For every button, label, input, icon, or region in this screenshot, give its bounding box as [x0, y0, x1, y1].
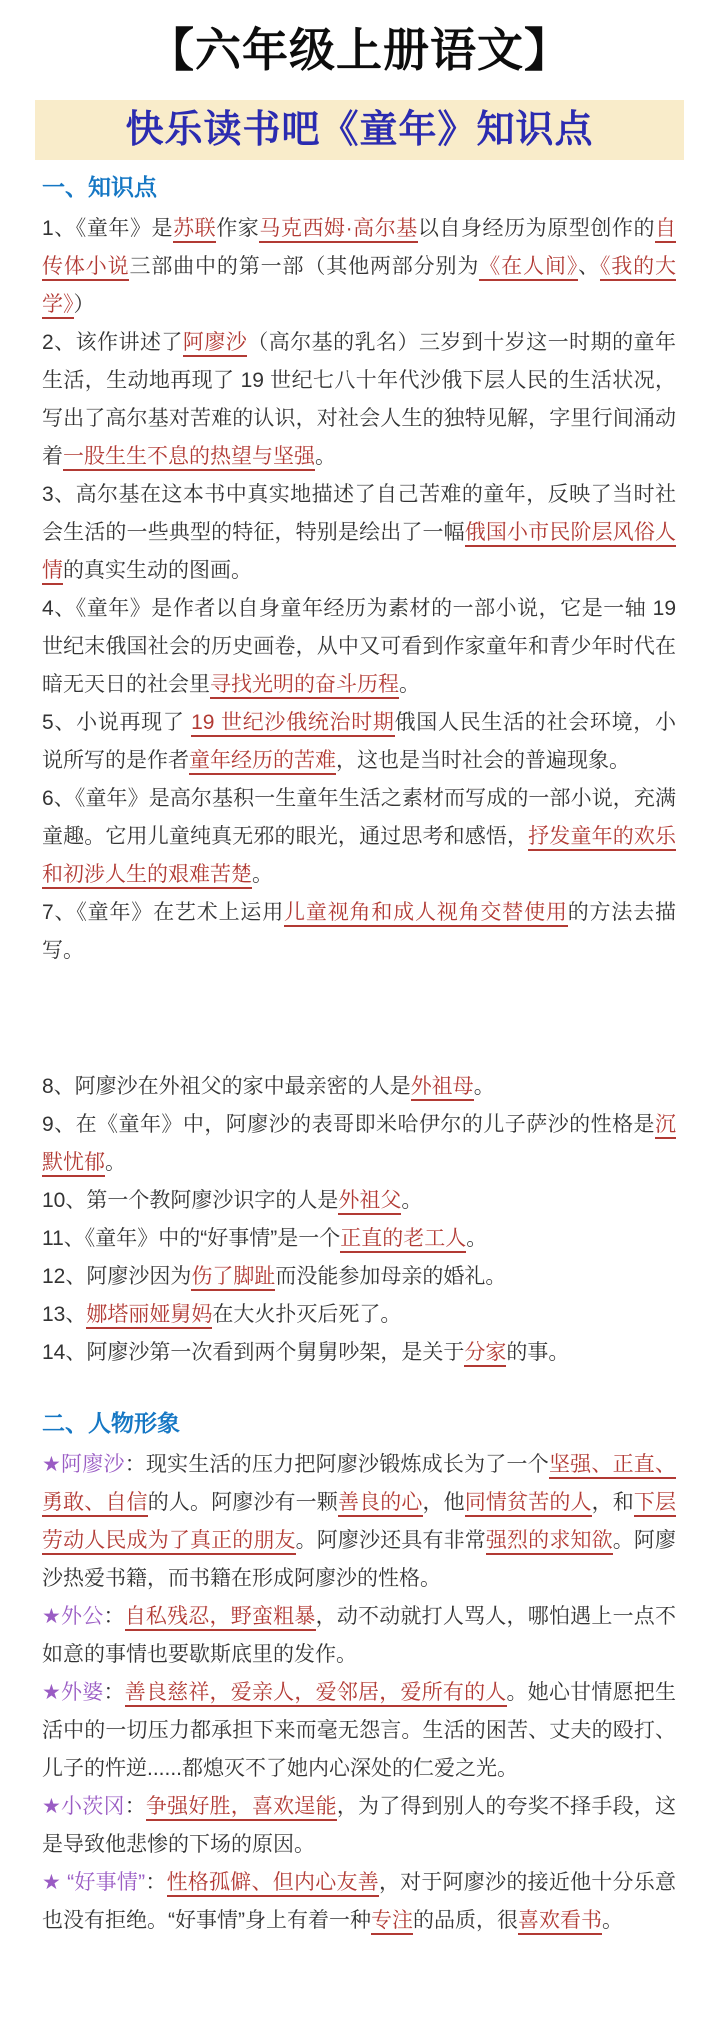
- content: 一、知识点1、《童年》是苏联作家马克西姆·高尔基以自身经历为原型创作的自传体小说…: [0, 172, 719, 1980]
- highlight-text: 伤了脚趾: [191, 1265, 275, 1291]
- text-segment: 三部曲中的第一部（其他两部分别为: [129, 255, 479, 278]
- text-segment: ，这也是当时社会的普遍现象。: [336, 749, 630, 772]
- list-item: 12、阿廖沙因为伤了脚趾而没能参加母亲的婚礼。: [42, 1258, 676, 1296]
- highlight-text: 自私残忍，野蛮粗暴: [125, 1605, 316, 1631]
- list-item: 2、该作讲述了阿廖沙（高尔基的乳名）三岁到十岁这一时期的童年生活，生动地再现了 …: [42, 324, 676, 476]
- highlight-text: 一股生生不息的热望与坚强: [63, 445, 315, 471]
- highlight-text: 强烈的求知欲: [486, 1529, 613, 1555]
- text-segment: ）: [74, 293, 95, 316]
- highlight-text: 马克西姆·高尔基: [259, 217, 417, 243]
- highlight-text: 善良的心: [338, 1491, 423, 1517]
- highlight-text: 阿廖沙: [183, 331, 247, 357]
- highlight-text: 苏联: [173, 217, 216, 243]
- character-name: ★外婆: [42, 1681, 103, 1704]
- text-segment: 。: [399, 673, 420, 696]
- text-segment: ：: [125, 1795, 146, 1818]
- text-segment: 。: [315, 445, 336, 468]
- text-segment: 、: [578, 255, 600, 278]
- text-segment: 的事。: [506, 1341, 569, 1364]
- highlight-text: 童年经历的苦难: [189, 749, 336, 775]
- list-item: ★小茨冈：争强好胜，喜欢逞能，为了得到别人的夸奖不择手段，这是导致他悲惨的下场的…: [42, 1788, 676, 1864]
- text-segment: ：: [103, 1681, 124, 1704]
- text-segment: 的品质，很: [413, 1909, 518, 1932]
- text-segment: ：: [145, 1871, 166, 1894]
- text-segment: 。阿廖沙还具有非常: [296, 1529, 486, 1552]
- highlight-text: 同情贫苦的人: [465, 1491, 592, 1517]
- highlight-text: 正直的老工人: [340, 1227, 466, 1253]
- highlight-text: 寻找光明的奋斗历程: [210, 673, 399, 699]
- text-segment: ，和: [592, 1491, 634, 1514]
- list-item: ★外婆：善良慈祥，爱亲人，爱邻居，爱所有的人。她心甘情愿把生活中的一切压力都承担…: [42, 1674, 676, 1788]
- highlight-text: 争强好胜，喜欢逞能: [146, 1795, 337, 1821]
- character-name: ★小茨冈: [42, 1795, 125, 1818]
- text-segment: 而没能参加母亲的婚礼。: [275, 1265, 506, 1288]
- text-segment: 2、该作讲述了: [42, 331, 183, 354]
- highlight-text: 外祖母: [411, 1075, 474, 1101]
- list-item: ★阿廖沙：现实生活的压力把阿廖沙锻炼成长为了一个坚强、正直、勇敢、自信的人。阿廖…: [42, 1446, 676, 1598]
- highlight-text: 娜塔丽娅舅妈: [86, 1303, 212, 1329]
- highlight-text: 善良慈祥，爱亲人，爱邻居，爱所有的人: [125, 1681, 507, 1707]
- list-item: 6、《童年》是高尔基积一生童年生活之素材而写成的一部小说，充满童趣。它用儿童纯真…: [42, 780, 676, 894]
- highlight-text: 性格孤僻、但内心友善: [167, 1871, 379, 1897]
- character-name: ★阿廖沙: [42, 1453, 125, 1476]
- list-item: 13、娜塔丽娅舅妈在大火扑灭后死了。: [42, 1296, 676, 1334]
- text-segment: 12、阿廖沙因为: [42, 1265, 191, 1288]
- text-segment: 以自身经历为原型创作的: [418, 217, 655, 240]
- list-item: 14、阿廖沙第一次看到两个舅舅吵架，是关于分家的事。: [42, 1334, 676, 1372]
- text-segment: 8、阿廖沙在外祖父的家中最亲密的人是: [42, 1075, 411, 1098]
- list-item: 4、《童年》是作者以自身童年经历为素材的一部小说，它是一轴 19 世纪末俄国社会…: [42, 590, 676, 704]
- section-heading: 二、人物形象: [42, 1408, 676, 1438]
- list-item: 10、第一个教阿廖沙识字的人是外祖父。: [42, 1182, 676, 1220]
- text-segment: 7、《童年》在艺术上运用: [42, 901, 284, 924]
- text-segment: 11、《童年》中的“好事情”是一个: [42, 1227, 340, 1250]
- highlight-text: 19 世纪沙俄统治时期: [191, 711, 395, 737]
- list-item: 1、《童年》是苏联作家马克西姆·高尔基以自身经历为原型创作的自传体小说三部曲中的…: [42, 210, 676, 324]
- highlight-text: 外祖父: [338, 1189, 401, 1215]
- highlight-text: 喜欢看书: [518, 1909, 602, 1935]
- text-segment: 的人。阿廖沙有一颗: [148, 1491, 338, 1514]
- character-name: ★外公: [42, 1605, 103, 1628]
- list-item: 3、高尔基在这本书中真实地描述了自己苦难的童年，反映了当时社会生活的一些典型的特…: [42, 476, 676, 590]
- text-segment: 。: [252, 863, 273, 886]
- text-segment: ，他: [423, 1491, 465, 1514]
- text-segment: 。: [474, 1075, 495, 1098]
- section-heading: 一、知识点: [42, 172, 676, 202]
- text-segment: 。: [466, 1227, 487, 1250]
- worksheet-page: 【六年级上册语文】 快乐读书吧《童年》知识点 一、知识点1、《童年》是苏联作家马…: [0, 0, 719, 2036]
- highlight-text: 分家: [464, 1341, 506, 1367]
- list-item: 9、在《童年》中，阿廖沙的表哥即米哈伊尔的儿子萨沙的性格是沉默忧郁。: [42, 1106, 676, 1182]
- text-segment: 1、《童年》是: [42, 217, 173, 240]
- list-item: 11、《童年》中的“好事情”是一个正直的老工人。: [42, 1220, 676, 1258]
- text-segment: ：现实生活的压力把阿廖沙锻炼成长为了一个: [125, 1453, 549, 1476]
- text-segment: 9、在《童年》中，阿廖沙的表哥即米哈伊尔的儿子萨沙的性格是: [42, 1113, 655, 1136]
- text-segment: 。: [602, 1909, 623, 1932]
- list-item: 7、《童年》在艺术上运用儿童视角和成人视角交替使用的方法去描写。: [42, 894, 676, 970]
- list-item: ★ “好事情”：性格孤僻、但内心友善，对于阿廖沙的接近他十分乐意也没有拒绝。“好…: [42, 1864, 676, 1940]
- text-segment: 。: [401, 1189, 422, 1212]
- text-segment: 作家: [216, 217, 259, 240]
- subtitle-text: 快乐读书吧《童年》知识点: [125, 100, 593, 160]
- highlight-text: 儿童视角和成人视角交替使用: [284, 901, 568, 927]
- text-segment: ：: [103, 1605, 124, 1628]
- text-segment: 5、小说再现了: [42, 711, 191, 734]
- highlight-text: 专注: [371, 1909, 413, 1935]
- character-name: ★ “好事情”: [42, 1871, 145, 1894]
- list-item: 5、小说再现了 19 世纪沙俄统治时期俄国人民生活的社会环境，小说所写的是作者童…: [42, 704, 676, 780]
- highlight-text: 《在人间》: [479, 255, 578, 281]
- list-item: 8、阿廖沙在外祖父的家中最亲密的人是外祖母。: [42, 1068, 676, 1106]
- list-item: ★外公：自私残忍，野蛮粗暴，动不动就打人骂人，哪怕遇上一点不如意的事情也要歇斯底…: [42, 1598, 676, 1674]
- text-segment: 在大火扑灭后死了。: [212, 1303, 401, 1326]
- text-segment: 13、: [42, 1303, 86, 1326]
- text-segment: 10、第一个教阿廖沙识字的人是: [42, 1189, 338, 1212]
- page-title: 【六年级上册语文】: [0, 20, 719, 82]
- subtitle-banner: 快乐读书吧《童年》知识点: [35, 100, 684, 160]
- text-segment: 14、阿廖沙第一次看到两个舅舅吵架，是关于: [42, 1341, 464, 1364]
- text-segment: 。: [105, 1151, 126, 1174]
- text-segment: 的真实生动的图画。: [63, 559, 252, 582]
